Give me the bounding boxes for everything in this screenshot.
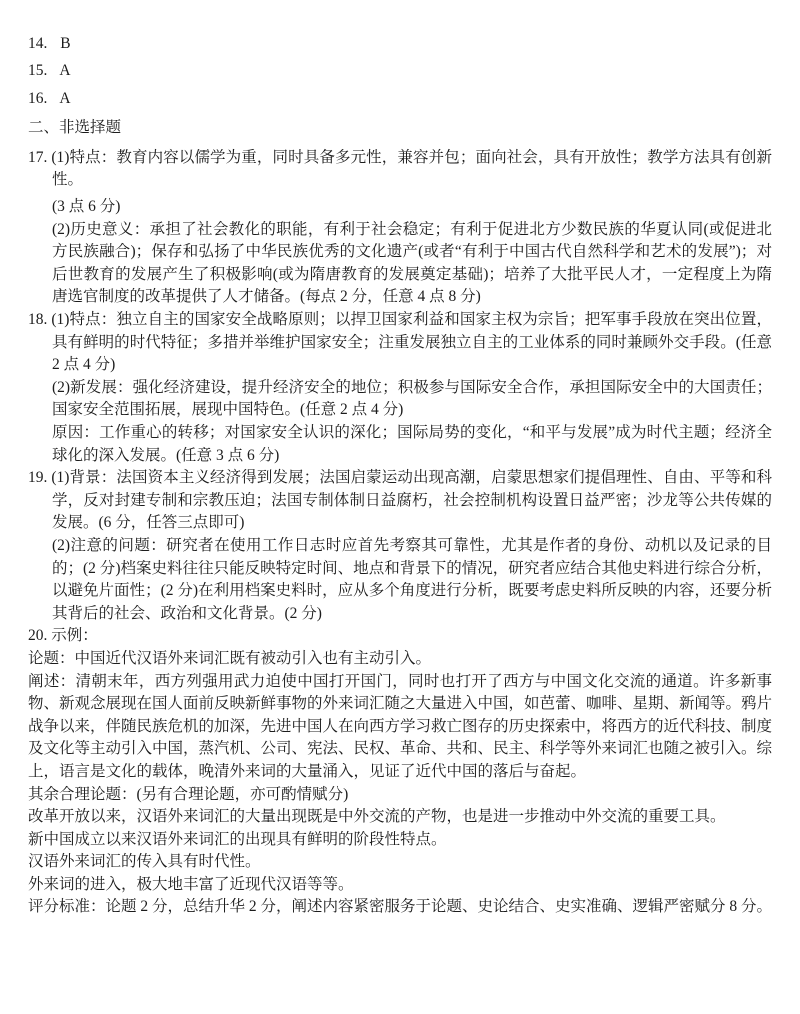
q20-intro: 20. 示例： (28, 625, 772, 648)
q20-thesis: 论题：中国近代汉语外来词汇既有被动引入也有主动引入。 (28, 648, 772, 671)
q20-alt-thesis-4: 外来词的进入，极大地丰富了近现代汉语等等。 (28, 874, 772, 897)
question-18-answer: 18. (1)特点：独立自主的国家安全战略原则；以捍卫国家利益和国家主权为宗旨；… (28, 309, 772, 467)
question-20-answer: 20. 示例： 论题：中国近代汉语外来词汇既有被动引入也有主动引入。 阐述：清朝… (28, 625, 772, 919)
q20-grading-standard: 评分标准：论题 2 分，总结升华 2 分，阐述内容紧密服务于论题、史论结合、史实… (28, 896, 772, 919)
choice-answer-16: 16. A (28, 85, 772, 112)
choice-answer-15: 15. A (28, 57, 772, 84)
q18-part2-reason-text: 原因：工作重心的转移；对国家安全认识的深化；国际局势的变化，“和平与发展”成为时… (28, 422, 772, 467)
q19-part2-text: (2)注意的问题：研究者在使用工作日志时应首先考察其可靠性，尤其是作者的身份、动… (28, 535, 772, 625)
q20-other-theses-heading: 其余合理论题：(另有合理论题，亦可酌情赋分) (28, 784, 772, 807)
q17-part2-text: (2)历史意义：承担了社会教化的职能，有利于社会稳定；有利于促进北方少数民族的华… (28, 219, 772, 309)
q20-alt-thesis-3: 汉语外来词汇的传入具有时代性。 (28, 851, 772, 874)
question-17-answer: 17. (1)特点：教育内容以儒学为重，同时具备多元性，兼容并包；面向社会，具有… (28, 147, 772, 309)
section-heading-non-choice: 二、非选择题 (28, 114, 772, 142)
q17-part1-text: 17. (1)特点：教育内容以儒学为重，同时具备多元性，兼容并包；面向社会，具有… (28, 147, 772, 192)
q18-part2-text: (2)新发展：强化经济建设，提升经济安全的地位；积极参与国际安全合作，承担国际安… (28, 377, 772, 422)
q20-alt-thesis-1: 改革开放以来，汉语外来词汇的大量出现既是中外交流的产物，也是进一步推动中外交流的… (28, 806, 772, 829)
choice-answer-14: 14. B (28, 30, 772, 57)
q17-score-note: (3 点 6 分) (28, 196, 772, 219)
question-19-answer: 19. (1)背景：法国资本主义经济得到发展；法国启蒙运动出现高潮，启蒙思想家们… (28, 467, 772, 625)
answer-key-document-page: 14. B 15. A 16. A 二、非选择题 17. (1)特点：教育内容以… (0, 0, 800, 1014)
q18-part1-text: 18. (1)特点：独立自主的国家安全战略原则；以捍卫国家利益和国家主权为宗旨；… (28, 309, 772, 377)
q20-elaboration: 阐述：清朝末年，西方列强用武力迫使中国打开国门，同时也打开了西方与中国文化交流的… (28, 671, 772, 784)
q19-part1-text: 19. (1)背景：法国资本主义经济得到发展；法国启蒙运动出现高潮，启蒙思想家们… (28, 467, 772, 535)
q20-alt-thesis-2: 新中国成立以来汉语外来词汇的出现具有鲜明的阶段性特点。 (28, 829, 772, 852)
